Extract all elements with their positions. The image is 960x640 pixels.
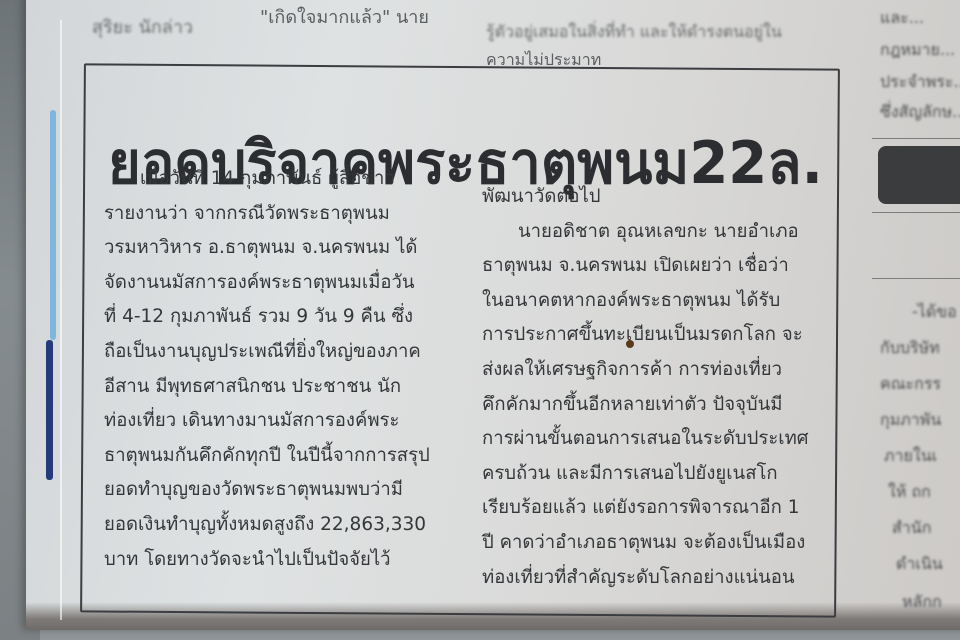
article-line: การประกาศขึ้นทะเบียนเป็นมรดกโลก จะ: [482, 318, 842, 353]
paper-speck: [626, 340, 634, 348]
next-column-fragment: กุมภาพัน: [880, 408, 941, 433]
article-line: พัฒนาวัดต่อไป: [482, 180, 842, 215]
article-line: ธาตุพนม จ.นครพนม เปิดเผยว่า เชื่อว่า: [482, 249, 842, 284]
next-column-fragment: ให้ ถก: [888, 480, 931, 505]
article-line: เรียบร้อยแล้ว แต่ยังรอการพิจารณาอีก 1: [482, 491, 842, 526]
article-column-right: พัฒนาวัดต่อไป นายอดิชาต อุณหเลขกะ นายอำเ…: [482, 180, 842, 595]
next-column-fragment: ดำเนิน: [896, 552, 943, 577]
prev-article-fragment: รู้ตัวอยู่เสมอในสิ่งที่ทำ และให้ดำรงตนอย…: [486, 20, 782, 45]
spine-color-stripe-blue: [50, 110, 56, 340]
next-column-fragment: -ได้ขอ: [912, 300, 957, 325]
article-line: ครบถ้วน และมีการเสนอไปยังยูเนสโก: [482, 457, 842, 492]
section-header-block: [878, 146, 960, 204]
article-line: อีสาน มีพุทธศาสนิกชน ประชาชน นัก: [104, 370, 466, 405]
next-column-fragment: และ...: [880, 6, 924, 31]
article-line: จัดงานนมัสการองค์พระธาตุพนมเมื่อวัน: [104, 266, 466, 301]
next-column-fragment: สำนัก: [892, 516, 931, 541]
prev-article-fragment: "เกิดใจมากแล้ว" นาย: [260, 2, 429, 31]
next-column-fragment: คณะกรร: [880, 372, 941, 397]
prev-article-fragment: สุริยะ นักล่าว: [92, 12, 193, 41]
article-line: คึกคักมากขึ้นอีกหลายเท่าตัว ปัจจุบันมี: [482, 388, 842, 423]
article-line: ส่งผลให้เศรษฐกิจการค้า การท่องเที่ยว: [482, 353, 842, 388]
column-divider: [872, 138, 960, 139]
column-divider: [872, 212, 960, 213]
article-column-left: เมื่อวันที่ 14 กุมภาพันธ์ ผู้สื่อข่าว รา…: [104, 162, 466, 577]
article-line: ยอดทำบุญของวัดพระธาตุพนมพบว่ามี: [104, 473, 466, 508]
spine-color-stripe-navy: [46, 340, 53, 480]
article-line: ท่องเที่ยว เดินทางมานมัสการองค์พระ: [104, 404, 466, 439]
article-line: การผ่านขั้นตอนการเสนอในระดับประเทศ: [482, 422, 842, 457]
next-column-fragment: ภายในเ: [884, 444, 937, 469]
article-line: ที่ 4-12 กุมภาพันธ์ รวม 9 วัน 9 คืน ซึ่ง: [104, 300, 466, 335]
article-line: เมื่อวันที่ 14 กุมภาพันธ์ ผู้สื่อข่าว: [104, 162, 466, 197]
article-line: บาท โดยทางวัดจะนำไปเป็นปัจจัยไว้: [104, 543, 466, 578]
article-line: วรมหาวิหาร อ.ธาตุพนม จ.นครพนม ได้: [104, 231, 466, 266]
article-line: รายงานว่า จากกรณีวัดพระธาตุพนม: [104, 197, 466, 232]
article-line-donation-amount: ยอดเงินทำบุญทั้งหมดสูงถึง 22,863,330: [104, 508, 466, 543]
article-line: ท่องเที่ยวที่สำคัญระดับโลกอย่างแน่นอน: [482, 561, 842, 596]
next-column-fragment: กฎหมาย...: [880, 38, 955, 63]
article-line: ปี คาดว่าอำเภอธาตุพนม จะต้องเป็นเมือง: [482, 526, 842, 561]
article-line: ในอนาคตหากองค์พระธาตุพนม ได้รับ: [482, 284, 842, 319]
next-column-fragment: ซึ่งสัญลักษ...: [880, 100, 960, 125]
article-line: ถือเป็นงานบุญประเพณีที่ยิ่งใหญ่ของภาค: [104, 335, 466, 370]
article-line: ธาตุพนมกันคึกคักทุกปี ในปีนี้จากการสรุป: [104, 439, 466, 474]
page-fold-highlight: [60, 20, 62, 620]
next-column-fragment: หลักก: [902, 590, 942, 615]
next-column-fragment: ประจำพระ...: [880, 70, 960, 95]
next-column-fragment: กับบริษัท: [880, 336, 940, 361]
article-line: นายอดิชาต อุณหเลขกะ นายอำเภอ: [482, 215, 842, 250]
column-divider: [872, 278, 960, 279]
